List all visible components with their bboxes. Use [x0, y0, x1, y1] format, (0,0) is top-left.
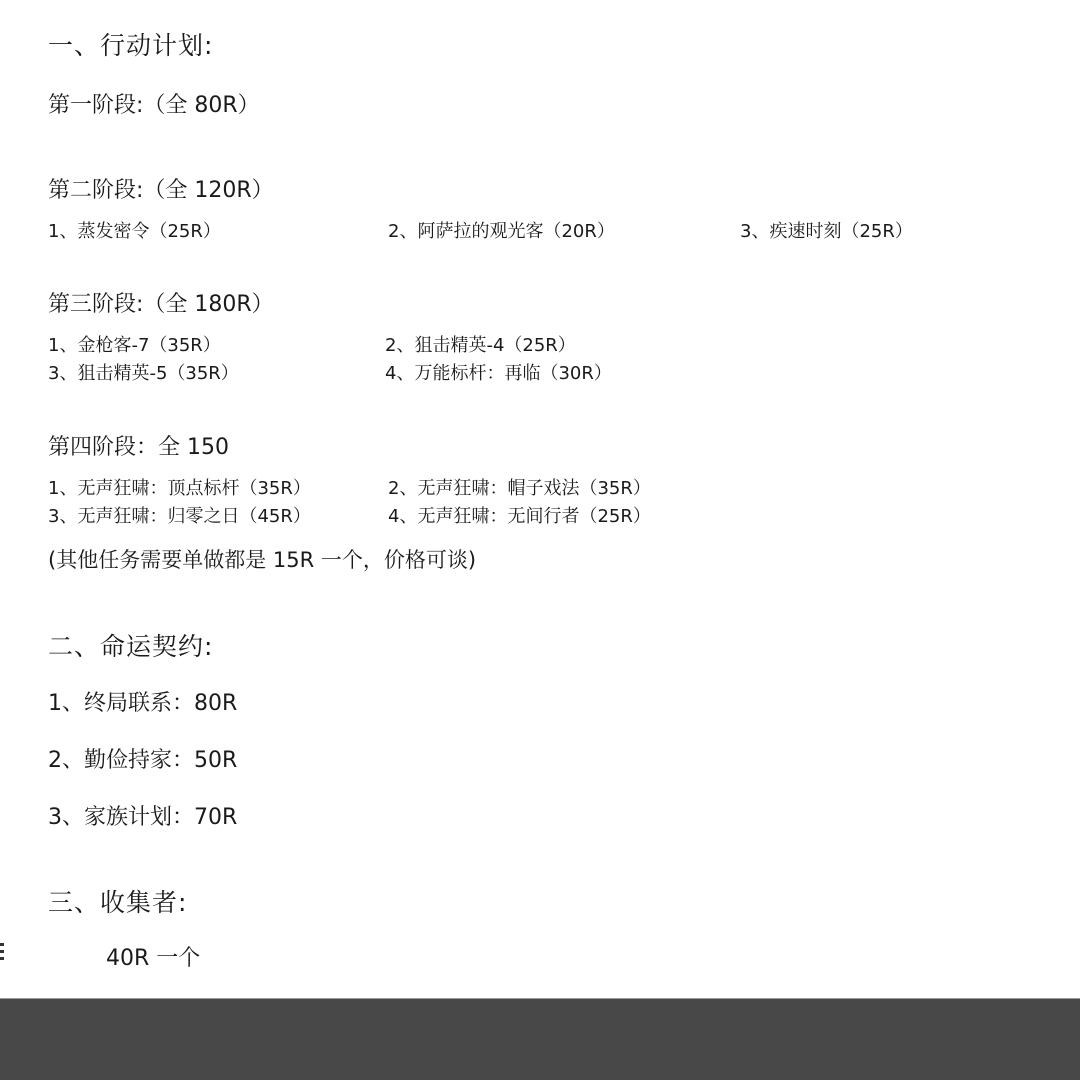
- stage-3-item-1: 1、金枪客-7（35R）: [48, 331, 221, 357]
- stage-4-item-1: 1、无声狂啸：顶点标杆（35R）: [48, 474, 311, 500]
- stage-3-title: 第三阶段:（全 180R）: [48, 287, 274, 318]
- stage-3-item-4: 4、万能标杆：再临（30R）: [385, 359, 612, 385]
- stage-4-item-3: 3、无声狂啸：归零之日（45R）: [48, 502, 311, 528]
- stage-2-item-2: 2、阿萨拉的观光客（20R）: [388, 217, 615, 243]
- section-title-action-plan: 一、行动计划:: [48, 26, 213, 62]
- stage-2-item-1: 1、蒸发密令（25R）: [48, 217, 221, 243]
- stage-4-title: 第四阶段：全 150: [48, 430, 229, 461]
- pricing-note: (其他任务需要单做都是 15R 一个，价格可谈): [48, 544, 476, 574]
- fate-contract-item-3: 3、家族计划：70R: [48, 800, 237, 831]
- fate-contract-item-2: 2、勤俭持家：50R: [48, 743, 237, 774]
- document-page: 一、行动计划: 第一阶段:（全 80R） 第二阶段:（全 120R） 1、蒸发密…: [0, 0, 1080, 998]
- collector-price: 40R 一个: [106, 941, 200, 972]
- stage-1-title: 第一阶段:（全 80R）: [48, 88, 260, 119]
- fate-contract-item-1: 1、终局联系：80R: [48, 686, 237, 717]
- list-bullet-mark: [0, 943, 6, 965]
- stage-2-title: 第二阶段:（全 120R）: [48, 173, 274, 204]
- stage-4-item-4: 4、无声狂啸：无间行者（25R）: [388, 502, 651, 528]
- stage-3-item-3: 3、狙击精英-5（35R）: [48, 359, 239, 385]
- stage-3-item-2: 2、狙击精英-4（25R）: [385, 331, 576, 357]
- stage-2-item-3: 3、疾速时刻（25R）: [740, 217, 913, 243]
- section-title-fate-contract: 二、命运契约:: [48, 627, 213, 663]
- section-title-collector: 三、收集者:: [48, 883, 187, 919]
- bottom-toolbar-bar: [0, 998, 1080, 1080]
- stage-4-item-2: 2、无声狂啸：帽子戏法（35R）: [388, 474, 651, 500]
